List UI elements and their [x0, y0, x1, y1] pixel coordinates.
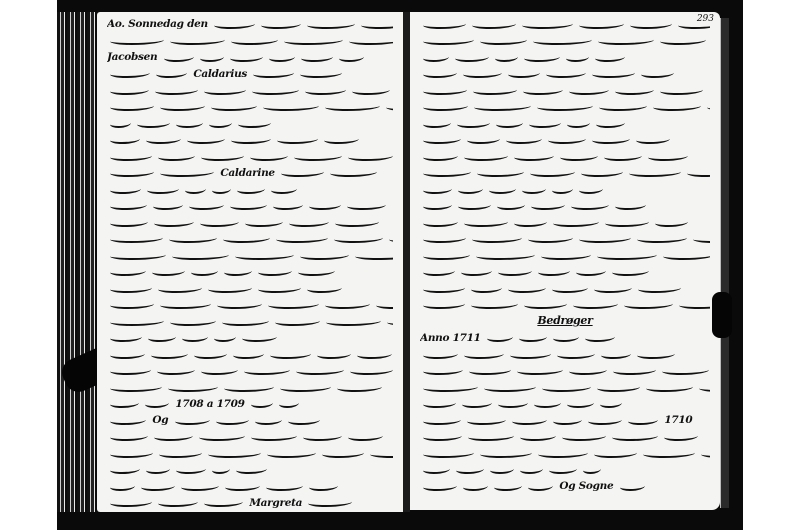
handwritten-line	[420, 49, 710, 66]
book-spine-page-edges	[57, 12, 99, 512]
handwritten-line	[420, 264, 710, 281]
handwritten-line	[107, 462, 393, 479]
handwritten-line	[107, 82, 393, 99]
handwritten-line	[107, 478, 393, 495]
handwritten-line	[420, 379, 710, 396]
right-page: 293 Bedrøger Anno 1711 1710 Og Sogne	[410, 12, 720, 510]
section-heading: Bedrøger	[420, 313, 710, 330]
handwritten-line	[420, 165, 710, 182]
handwritten-line: Ao. Sonnedag den	[107, 16, 393, 33]
handwritten-line	[107, 115, 393, 132]
handwritten-line: 1708 a 1709	[107, 396, 393, 413]
handwritten-line	[420, 346, 710, 363]
handwritten-line	[420, 33, 710, 50]
left-page-text: Ao. Sonnedag den Sr Og Jacobsen Caldariu…	[107, 16, 393, 511]
handwritten-line	[420, 396, 710, 413]
handwritten-line	[107, 313, 393, 330]
handwritten-line	[107, 231, 393, 248]
handwritten-line	[107, 346, 393, 363]
handwritten-line	[420, 181, 710, 198]
handwritten-line	[420, 66, 710, 83]
handwritten-line	[107, 132, 393, 149]
handwritten-line: Jacobsen	[107, 49, 393, 66]
handwritten-line	[420, 363, 710, 380]
handwritten-line	[107, 379, 393, 396]
right-page-edges	[720, 18, 729, 508]
handwritten-line	[107, 330, 393, 347]
handwritten-line	[107, 247, 393, 264]
handwritten-line	[420, 445, 710, 462]
handwritten-line	[107, 264, 393, 281]
handwritten-line: Og Sogne	[420, 478, 710, 495]
handwritten-line: 1710	[420, 412, 710, 429]
handwritten-line	[107, 214, 393, 231]
handwritten-line	[420, 148, 710, 165]
handwritten-line	[107, 363, 393, 380]
handwritten-line	[420, 198, 710, 215]
handwritten-line: Caldarius	[107, 66, 393, 83]
handwritten-line	[420, 132, 710, 149]
handwritten-line: Caldarine	[107, 165, 393, 182]
handwritten-line	[107, 445, 393, 462]
handwritten-line	[420, 214, 710, 231]
handwritten-line	[107, 99, 393, 116]
page-tab-shadow	[712, 292, 732, 338]
handwritten-line	[107, 181, 393, 198]
handwritten-line	[420, 16, 710, 33]
handwritten-line: Anno 1711	[420, 330, 710, 347]
handwritten-line	[107, 148, 393, 165]
handwritten-line	[420, 429, 710, 446]
handwritten-line	[420, 99, 710, 116]
left-page: Ao. Sonnedag den Sr Og Jacobsen Caldariu…	[97, 12, 403, 512]
book-gutter	[403, 12, 410, 512]
handwritten-line: Margreta	[107, 495, 393, 512]
handwritten-line	[107, 297, 393, 314]
handwritten-line	[420, 280, 710, 297]
handwritten-line	[107, 429, 393, 446]
handwritten-line	[420, 115, 710, 132]
handwritten-line	[107, 280, 393, 297]
handwritten-line	[420, 462, 710, 479]
right-page-text: Bedrøger Anno 1711 1710 Og Sogne	[420, 16, 710, 495]
handwritten-line	[107, 198, 393, 215]
handwritten-line: Og	[107, 412, 393, 429]
handwritten-line	[420, 82, 710, 99]
handwritten-line	[420, 247, 710, 264]
handwritten-line	[420, 231, 710, 248]
handwritten-line: Sr Og	[107, 33, 393, 50]
handwritten-line	[420, 297, 710, 314]
